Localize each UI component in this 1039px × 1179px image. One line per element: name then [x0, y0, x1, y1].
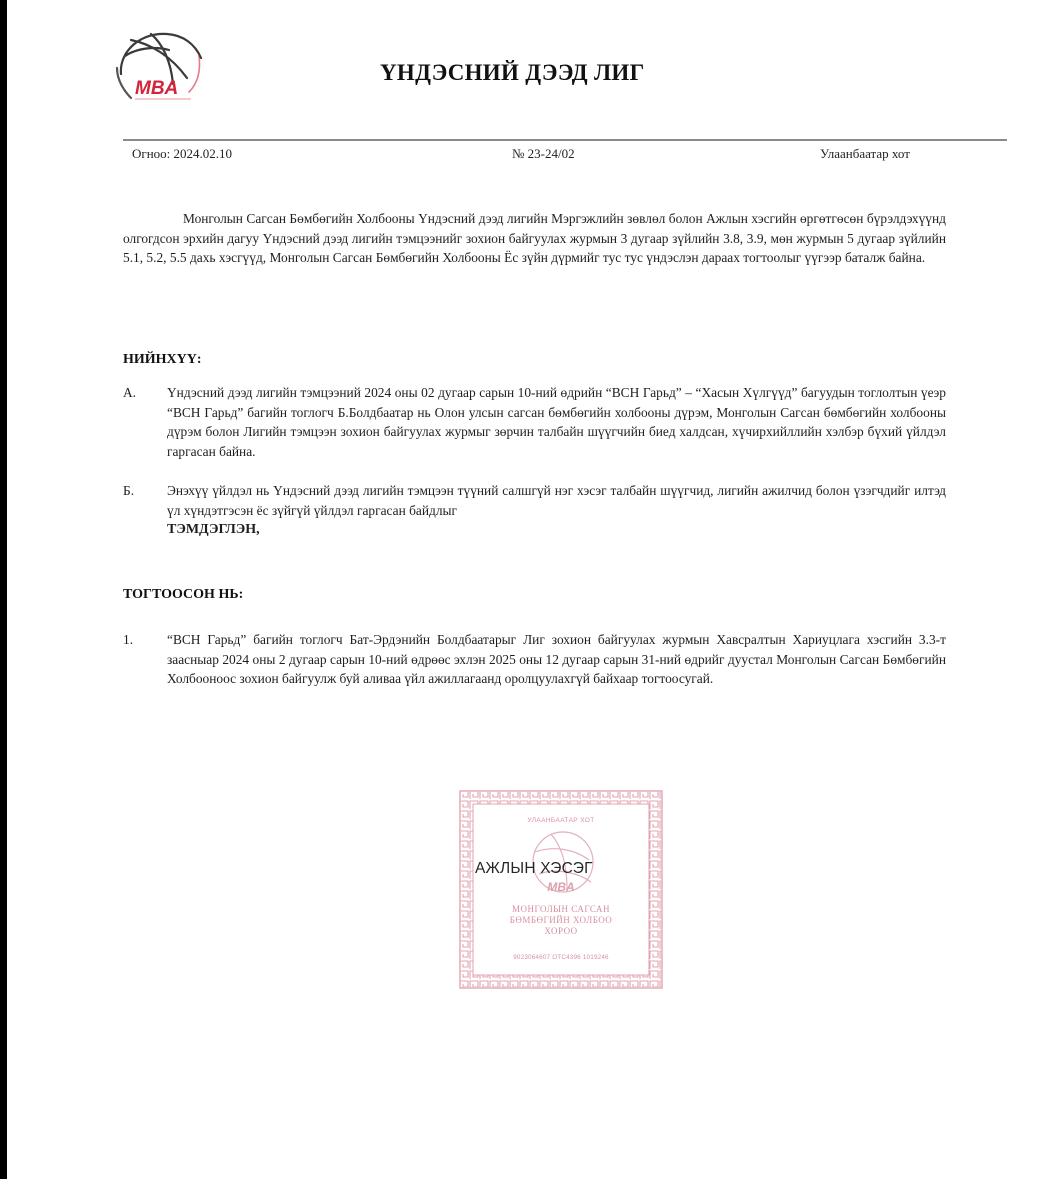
document-page: MBA ҮНДЭСНИЙ ДЭЭД ЛИГ Огноо: 2024.02.10 …: [7, 0, 1039, 1179]
document-date: Огноо: 2024.02.10: [132, 146, 232, 162]
list-text: Энэхүү үйлдэл нь Үндэсний дээд лигийн тэ…: [167, 483, 946, 518]
section-heading-togtooson: ТОГТООСОН НЬ:: [123, 587, 243, 603]
stamp-registration-number: 9023064607 OTC4396 1019246: [459, 954, 663, 961]
intro-paragraph: Монголын Сагсан Бөмбөгийн Холбооны Үндэс…: [123, 209, 946, 268]
official-stamp: УЛААНБААТАР ХОТ АЖЛЫН ХЭСЭГ MBA МОНГОЛЫН…: [459, 790, 663, 989]
stamp-org-line: МОНГОЛЫН САГСАН: [459, 904, 663, 915]
document-number: № 23-24/02: [512, 146, 575, 162]
stamp-org-line: БӨМБӨГИЙН ХОЛБОО: [459, 915, 663, 926]
scan-edge: [0, 0, 7, 1179]
svg-text:MBA: MBA: [135, 78, 178, 99]
stamp-org-line: ХОРОО: [459, 926, 663, 937]
list-text: “ВСН Гарьд” багийн тоглогч Бат-Эрдэнийн …: [167, 630, 946, 689]
list-item: Б. Энэхүү үйлдэл нь Үндэсний дээд лигийн…: [123, 481, 946, 540]
document-title: ҮНДЭСНИЙ ДЭЭД ЛИГ: [380, 60, 645, 86]
list-text: Үндэсний дээд лигийн тэмцээний 2024 оны …: [167, 383, 946, 462]
list-emphasis: ТЭМДЭГЛЭН,: [167, 520, 946, 540]
list-item: 1. “ВСН Гарьд” багийн тоглогч Бат-Эрдэни…: [123, 630, 946, 689]
list-marker: А.: [123, 383, 167, 462]
stamp-main-text: АЖЛЫН ХЭСЭГ: [475, 860, 593, 878]
list-text-container: Энэхүү үйлдэл нь Үндэсний дээд лигийн тэ…: [167, 481, 946, 540]
list-marker: 1.: [123, 630, 167, 689]
header-divider: [123, 139, 1007, 141]
section-heading-nihhuu: НИЙНХҮҮ:: [123, 352, 202, 368]
list-item: А. Үндэсний дээд лигийн тэмцээний 2024 о…: [123, 383, 946, 462]
stamp-org-text: МОНГОЛЫН САГСАН БӨМБӨГИЙН ХОЛБОО ХОРОО: [459, 904, 663, 937]
stamp-top-text: УЛААНБААТАР ХОТ: [459, 817, 663, 824]
list-marker: Б.: [123, 481, 167, 540]
mba-logo-icon: MBA: [111, 26, 207, 106]
stamp-logo-text: MBA: [459, 880, 663, 894]
document-city: Улаанбаатар хот: [820, 146, 910, 162]
